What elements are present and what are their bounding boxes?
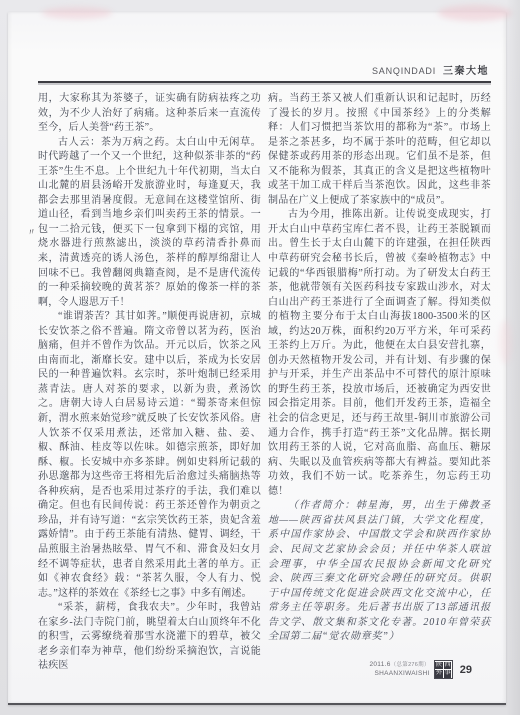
- issue-number: （总第276期）: [391, 662, 430, 668]
- page-number: 29: [460, 664, 472, 676]
- right-column: 病。当药王茶又被人们重新认识和记起时，历经了漫长的岁月。按照《中国茶经》上的分类…: [268, 92, 491, 674]
- author-bio-paragraph: （作者简介：韩星海，男，出生于佛教圣地——陕西省扶风县法门镇，大学文化程度，系中…: [268, 499, 491, 644]
- paragraph: 用，大家称其为茶婆子，证实确有防病祛疼之功效，为不少人治好了病痛。这种茶后来一直…: [38, 92, 261, 136]
- left-column: 用，大家称其为茶婆子，证实确有防病祛疼之功效，为不少人治好了病痛。这种茶后来一直…: [38, 92, 261, 674]
- issue-date: 2011.6: [369, 661, 390, 668]
- handwritten-margin-mark: 〃: [26, 224, 38, 239]
- logo-char: 外: [435, 670, 443, 678]
- logo-char: 事: [444, 670, 452, 678]
- paragraph: 古人云：茶为万病之药。太白山中无闲草。时代跨越了一个又一个世纪，这种似茶非茶的“…: [38, 136, 261, 311]
- section-title: 三秦大地: [443, 66, 489, 77]
- header-rule: [38, 81, 491, 83]
- issue-line: 2011.6（总第276期）: [369, 661, 429, 670]
- issue-info: 2011.6（总第276期） SHAANXIWAISHI: [369, 661, 429, 678]
- scan-edge-shadow: [506, 0, 520, 715]
- page-header: SANQINDADI三秦大地: [372, 62, 489, 77]
- paragraph: 古为今用，推陈出新。让传说变成现实，打开太白山中草药宝库仁者不畏，让药王茶脱颖而…: [268, 208, 491, 499]
- journal-name-footer: SHAANXIWAISHI: [369, 670, 429, 679]
- page-footer: 2011.6（总第276期） SHAANXIWAISHI 陕 西 外 事 29: [369, 660, 472, 679]
- journal-logo: 陕 西 外 事: [434, 660, 453, 679]
- journal-name-pinyin: SANQINDADI: [372, 66, 436, 76]
- paragraph: “谁谓荼苦？其甘如荠。”顺便再说唐初，京城长安饮茶之俗不普遍。隋文帝曾以茗为药，…: [38, 310, 261, 601]
- article-body: 用，大家称其为茶婆子，证实确有防病祛疼之功效，为不少人治好了病痛。这种茶后来一直…: [38, 92, 491, 674]
- logo-char: 西: [444, 662, 452, 670]
- scanned-magazine-page: { "header": { "title_en": "SANQINDADI", …: [0, 0, 520, 715]
- paragraph: 病。当药王茶又被人们重新认识和记起时，历经了漫长的岁月。按照《中国茶经》上的分类…: [268, 92, 491, 208]
- paragraph: “采茶，薪樗，食我农夫”。少年时，我曾站在家乡-法门寺院门前，眺望着太白山顶终年…: [38, 601, 261, 674]
- magazine-page: SANQINDADI三秦大地 用，大家称其为茶婆子，证实确有防病祛疼之功效，为不…: [8, 12, 506, 705]
- logo-char: 陕: [435, 662, 443, 670]
